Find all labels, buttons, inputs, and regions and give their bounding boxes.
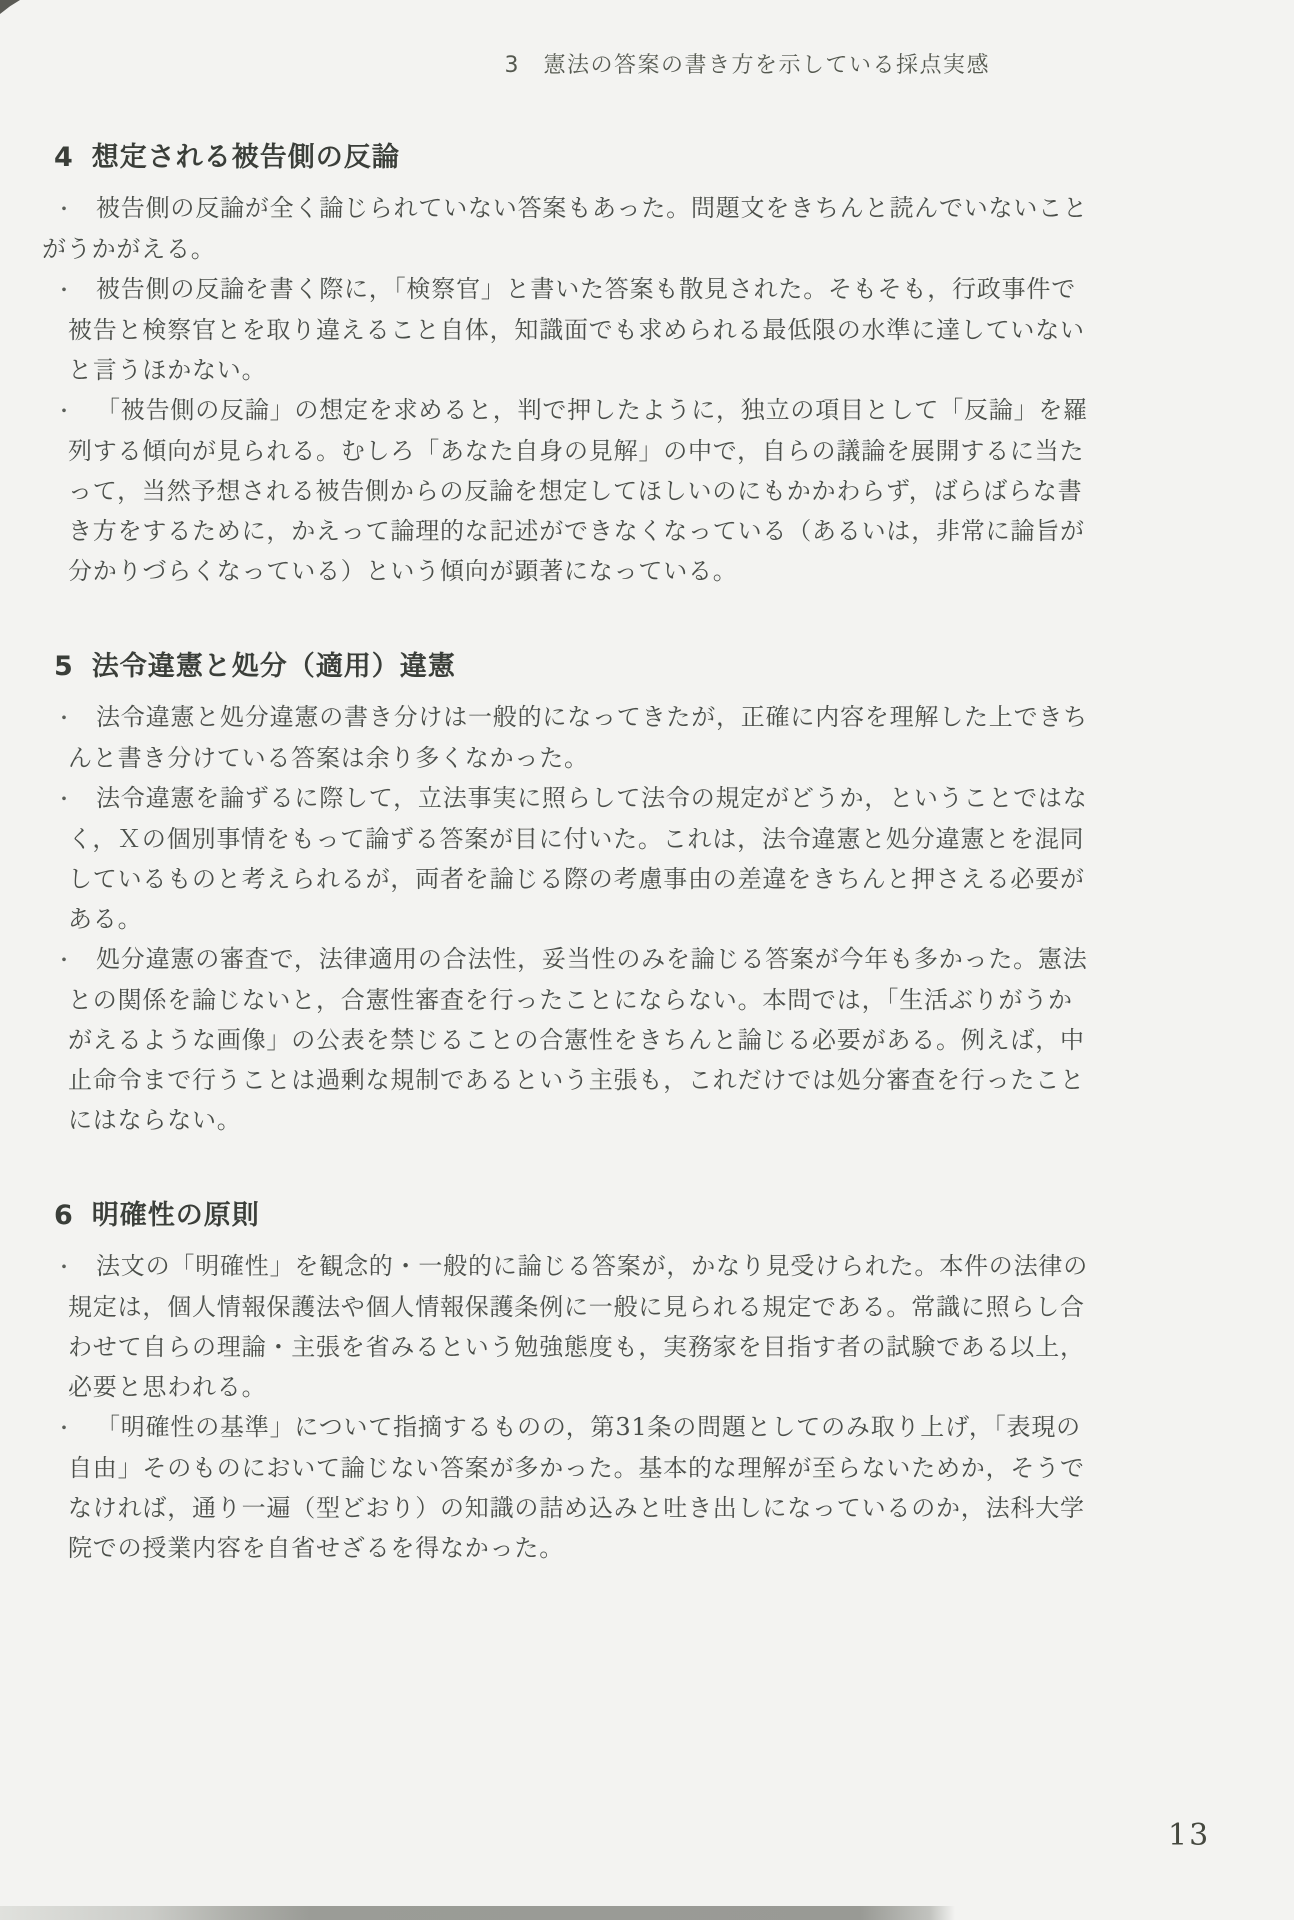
paragraph-line: き方をするために，かえって論理的な記述ができなくなっている（あるいは，非常に論旨…: [0, 511, 1294, 551]
section-title: 法令違憲と処分（適用）違憲: [92, 651, 456, 682]
bullet-marker: ・: [54, 270, 96, 310]
bullet-marker: ・: [54, 391, 96, 431]
line-text: 処分違憲の審査で，法律適用の合法性，妥当性のみを論じる答案が今年も多かった。憲法: [96, 945, 1088, 973]
paragraph-line: んと書き分けている答案は余り多くなかった。: [0, 738, 1294, 778]
line-text: 被告側の反論を書く際に，「検察官」と書いた答案も散見された。そもそも，行政事件で: [96, 275, 1076, 303]
line-text: 法文の「明確性」を観念的・一般的に論じる答案が，かなり見受けられた。本件の法律の: [96, 1252, 1088, 1280]
line-text: との関係を論じないと，合憲性審査を行ったことにならない。本問では，「生活ぶりがう…: [68, 986, 1073, 1014]
paragraph-line: と言うほかない。: [0, 350, 1294, 390]
page-number: 13: [1168, 1818, 1210, 1853]
bullet-marker: ・: [54, 779, 96, 819]
line-text: 法令違憲を論ずるに際して，立法事実に照らして法令の規定がどうか，ということではな: [96, 784, 1088, 812]
paragraph-line: ・法文の「明確性」を観念的・一般的に論じる答案が，かなり見受けられた。本件の法律…: [0, 1246, 1294, 1287]
paragraph-line: ・被告側の反論を書く際に，「検察官」と書いた答案も散見された。そもそも，行政事件…: [0, 269, 1294, 310]
running-head: 3 憲法の答案の書き方を示している採点実感: [0, 52, 990, 80]
section-number: 4: [54, 142, 74, 173]
line-text: 法令違憲と処分違憲の書き分けは一般的になってきたが，正確に内容を理解した上できち: [96, 703, 1088, 731]
line-text: にはならない。: [68, 1106, 242, 1134]
bullet-marker: ・: [54, 189, 96, 229]
section-heading-4: 4想定される被告側の反論: [54, 138, 1294, 178]
bullet-marker: ・: [54, 698, 96, 738]
line-text: 被告側の反論が全く論じられていない答案もあった。問題文をきちんと読んでいないこと: [96, 194, 1088, 222]
line-text: 列する傾向が見られる。むしろ「あなた自身の見解」の中で，自らの議論を展開するに当…: [68, 437, 1084, 465]
scan-corner-artifact: [0, 0, 20, 14]
paragraph-line: 規定は，個人情報保護法や個人情報保護条例に一般に見られる規定である。常識に照らし…: [0, 1287, 1294, 1327]
paragraph-line: しているものと考えられるが，両者を論じる際の考慮事由の差違をきちんと押さえる必要…: [0, 859, 1294, 899]
paragraph-line: 自由」そのものにおいて論じない答案が多かった。基本的な理解が至らないためか，そう…: [0, 1448, 1294, 1488]
paragraph-line: にはならない。: [0, 1100, 1294, 1140]
paragraph-line: ある。: [0, 899, 1294, 939]
line-text: 「被告側の反論」の想定を求めると，判で押したように，独立の項目として「反論」を羅: [96, 396, 1088, 424]
section-title: 明確性の原則: [92, 1200, 260, 1231]
line-text: なければ，通り一遍（型どおり）の知識の詰め込みと吐き出しになっているのか，法科大…: [68, 1494, 1085, 1522]
line-text: き方をするために，かえって論理的な記述ができなくなっている（あるいは，非常に論旨…: [68, 517, 1085, 545]
paragraph-line: 分かりづらくなっている）という傾向が顕著になっている。: [0, 551, 1294, 591]
document-page: 3 憲法の答案の書き方を示している採点実感 4想定される被告側の反論・被告側の反…: [0, 0, 1294, 1920]
paragraph-line: 院での授業内容を自省せざるを得なかった。: [0, 1528, 1294, 1568]
line-text: ある。: [68, 905, 142, 933]
line-text: と言うほかない。: [68, 356, 266, 384]
line-text: く，Ｘの個別事情をもって論ずる答案が目に付いた。これは，法令違憲と処分違憲とを混…: [68, 825, 1084, 853]
line-text: 被告と検察官とを取り違えること自体，知識面でも求められる最低限の水準に達していな…: [68, 316, 1085, 344]
paragraph-line: 止命令まで行うことは過剰な規制であるという主張も，これだけでは処分審査を行ったこ…: [0, 1060, 1294, 1100]
line-text: がえるような画像」の公表を禁じることの合憲性をきちんと論じる必要がある。例えば，…: [68, 1026, 1085, 1054]
section-number: 6: [54, 1200, 74, 1231]
paragraph-line: ・法令違憲を論ずるに際して，立法事実に照らして法令の規定がどうか，ということでは…: [0, 778, 1294, 819]
paragraph-line: ・「明確性の基準」について指摘するものの，第31条の問題としてのみ取り上げ，「表…: [0, 1407, 1294, 1448]
paragraph-line: ・処分違憲の審査で，法律適用の合法性，妥当性のみを論じる答案が今年も多かった。憲…: [0, 939, 1294, 980]
line-text: 院での授業内容を自省せざるを得なかった。: [68, 1534, 564, 1562]
paragraph-line: 被告と検察官とを取り違えること自体，知識面でも求められる最低限の水準に達していな…: [0, 310, 1294, 350]
bullet-marker: ・: [54, 1408, 96, 1448]
bullet-marker: ・: [54, 1247, 96, 1287]
line-text: 自由」そのものにおいて論じない答案が多かった。基本的な理解が至らないためか，そう…: [68, 1454, 1085, 1482]
section-title: 想定される被告側の反論: [92, 142, 400, 173]
paragraph-line: ・「被告側の反論」の想定を求めると，判で押したように，独立の項目として「反論」を…: [0, 390, 1294, 431]
page-body: 4想定される被告側の反論・被告側の反論が全く論じられていない答案もあった。問題文…: [0, 82, 1294, 1568]
line-text: しているものと考えられるが，両者を論じる際の考慮事由の差違をきちんと押さえる必要…: [68, 865, 1085, 893]
line-text: 必要と思われる。: [68, 1373, 266, 1401]
paragraph-line: なければ，通り一遍（型どおり）の知識の詰め込みと吐き出しになっているのか，法科大…: [0, 1488, 1294, 1528]
line-text: 止命令まで行うことは過剰な規制であるという主張も，これだけでは処分審査を行ったこ…: [68, 1066, 1085, 1094]
line-text: わせて自らの理論・主張を省みるという勉強態度も，実務家を目指す者の試験である以上…: [68, 1333, 1085, 1361]
paragraph-line: 必要と思われる。: [0, 1367, 1294, 1407]
paragraph-line: ・被告側の反論が全く論じられていない答案もあった。問題文をきちんと読んでいないこ…: [0, 188, 1294, 229]
line-text: 「明確性の基準」について指摘するものの，第31条の問題としてのみ取り上げ，「表現…: [96, 1413, 1081, 1441]
paragraph-line: って，当然予想される被告側からの反論を想定してほしいのにもかかわらず，ばらばらな…: [0, 471, 1294, 511]
paragraph-line: わせて自らの理論・主張を省みるという勉強態度も，実務家を目指す者の試験である以上…: [0, 1327, 1294, 1367]
scan-bottom-edge-artifact: [0, 1906, 955, 1920]
paragraph-line: との関係を論じないと，合憲性審査を行ったことにならない。本問では，「生活ぶりがう…: [0, 980, 1294, 1020]
line-text: んと書き分けている答案は余り多くなかった。: [68, 744, 589, 772]
section-number: 5: [54, 651, 74, 682]
paragraph-line: く，Ｘの個別事情をもって論ずる答案が目に付いた。これは，法令違憲と処分違憲とを混…: [0, 819, 1294, 859]
paragraph-line: 列する傾向が見られる。むしろ「あなた自身の見解」の中で，自らの議論を展開するに当…: [0, 431, 1294, 471]
paragraph-line: がえるような画像」の公表を禁じることの合憲性をきちんと論じる必要がある。例えば，…: [0, 1020, 1294, 1060]
bullet-marker: ・: [54, 940, 96, 980]
section-heading-6: 6明確性の原則: [54, 1196, 1294, 1236]
line-text: 規定は，個人情報保護法や個人情報保護条例に一般に見られる規定である。常識に照らし…: [68, 1293, 1085, 1321]
section-heading-5: 5法令違憲と処分（適用）違憲: [54, 647, 1294, 687]
paragraph-line: がうかがえる。: [0, 229, 1294, 269]
line-text: って，当然予想される被告側からの反論を想定してほしいのにもかかわらず，ばらばらな…: [68, 477, 1082, 505]
paragraph-line: ・法令違憲と処分違憲の書き分けは一般的になってきたが，正確に内容を理解した上でき…: [0, 697, 1294, 738]
line-text: 分かりづらくなっている）という傾向が顕著になっている。: [68, 557, 738, 585]
line-text: がうかがえる。: [42, 235, 216, 263]
